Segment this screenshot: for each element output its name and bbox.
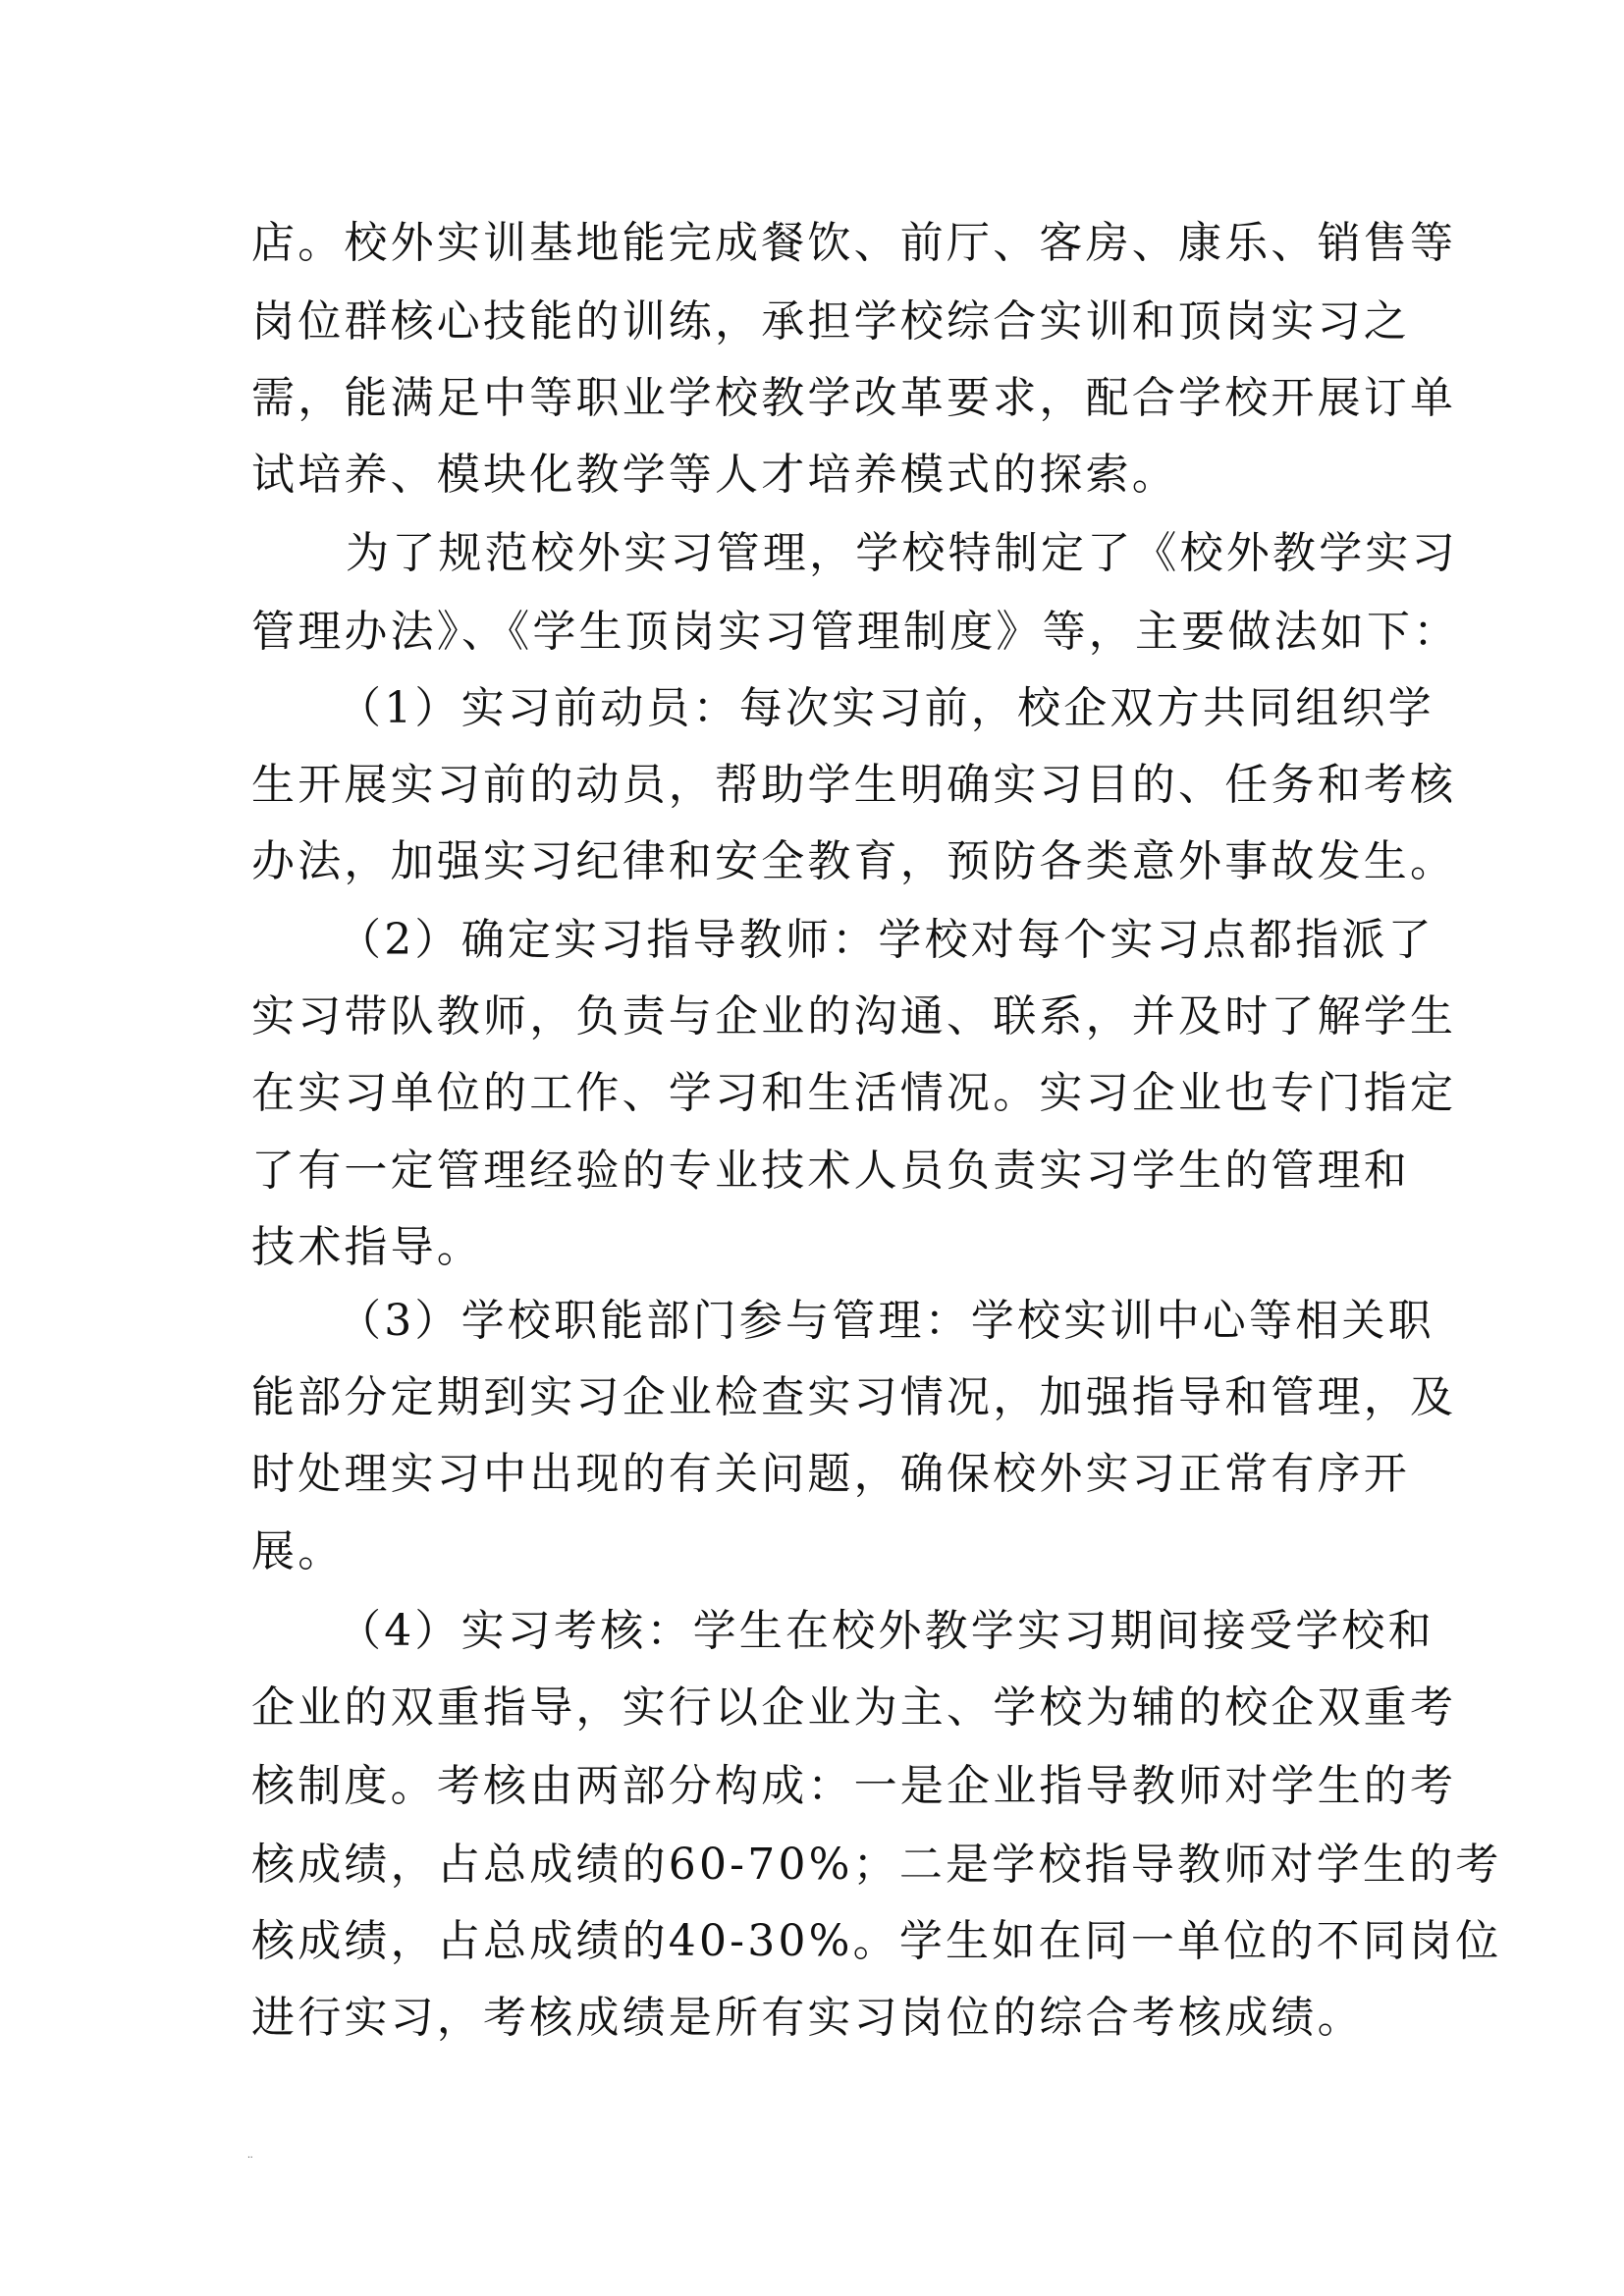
paragraph-line: 店。校外实训基地能完成餐饮、前厅、客房、康乐、销售等 — [251, 216, 1400, 271]
paragraph-line: 技术指导。 — [251, 1220, 1400, 1275]
paragraph-line: 企业的双重指导，实行以企业为主、学校为辅的校企双重考 — [251, 1681, 1400, 1735]
paragraph-first-line: （2）确定实习指导教师：学校对每个实习点都指派了 — [338, 913, 1487, 968]
footer-mark: .. — [247, 2150, 253, 2161]
paragraph-first-line: 为了规范校外实习管理，学校特制定了《校外教学实习 — [346, 526, 1494, 581]
paragraph-line: 核制度。考核由两部分构成：一是企业指导教师对学生的考 — [251, 1759, 1400, 1814]
document-page: 店。校外实训基地能完成餐饮、前厅、客房、康乐、销售等岗位群核心技能的训练，承担学… — [0, 0, 1624, 2296]
paragraph-line: 生开展实习前的动员，帮助学生明确实习目的、任务和考核 — [251, 758, 1400, 813]
paragraph-line: 核成绩，占总成绩的60-70%；二是学校指导教师对学生的考 — [251, 1838, 1400, 1893]
paragraph-first-line: （4）实习考核：学生在校外教学实习期间接受学校和 — [338, 1604, 1487, 1659]
paragraph-line: 展。 — [251, 1524, 1400, 1579]
paragraph-line: 时处理实习中出现的有关问题，确保校外实习正常有序开 — [251, 1447, 1400, 1502]
paragraph-first-line: （3）学校职能部门参与管理：学校实训中心等相关职 — [338, 1294, 1487, 1349]
paragraph-first-line: （1）实习前动员：每次实习前，校企双方共同组织学 — [338, 681, 1487, 736]
paragraph-line: 试培养、模块化教学等人才培养模式的探索。 — [251, 448, 1400, 503]
paragraph-line: 能部分定期到实习企业检查实习情况，加强指导和管理，及 — [251, 1370, 1400, 1425]
paragraph-line: 管理办法》、《学生顶岗实习管理制度》等，主要做法如下： — [251, 605, 1400, 660]
paragraph-line: 办法，加强实习纪律和安全教育，预防各类意外事故发生。 — [251, 834, 1400, 889]
paragraph-line: 在实习单位的工作、学习和生活情况。实习企业也专门指定 — [251, 1066, 1400, 1121]
paragraph-line: 进行实习，考核成绩是所有实习岗位的综合考核成绩。 — [251, 1991, 1400, 2046]
paragraph-line: 岗位群核心技能的训练，承担学校综合实训和顶岗实习之 — [251, 294, 1400, 349]
paragraph-line: 核成绩，占总成绩的40-30%。学生如在同一单位的不同岗位 — [251, 1914, 1400, 1969]
paragraph-line: 需，能满足中等职业学校教学改革要求，配合学校开展订单 — [251, 371, 1400, 426]
paragraph-line: 实习带队教师，负责与企业的沟通、联系，并及时了解学生 — [251, 989, 1400, 1044]
paragraph-line: 了有一定管理经验的专业技术人员负责实习学生的管理和 — [251, 1144, 1400, 1199]
